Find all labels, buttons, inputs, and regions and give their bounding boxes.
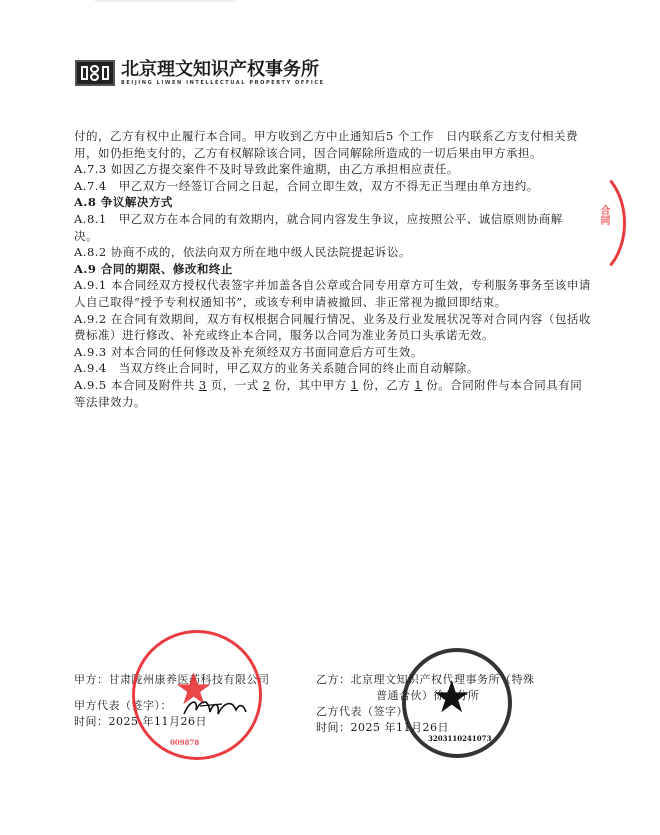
clause-a-8-2: A.8.2 协商不成的，依法向双方所在地中级人民法院提起诉讼。 — [74, 244, 594, 261]
clause-a-7-3: A.7.3 如因乙方提交案件不及时导致此案件逾期，由乙方承担相应责任。 — [74, 161, 594, 178]
clause-a-9-5: A.9.5 本合同及附件共3页，一式2份，其中甲方1份，乙方1份。合同附件与本合… — [74, 377, 594, 410]
clause-a-9-2: A.9.2 在合同有效期间，双方有权根据合同履行情况、业务及行业发展状况等对合同… — [74, 311, 594, 344]
party-b-seal-star-icon: ★ — [432, 676, 471, 720]
firm-name-cn: 北京理文知识产权事务所 — [121, 60, 325, 80]
section-a-9-heading: A.9 合同的期限、修改和终止 — [74, 261, 594, 278]
party-b-copy-count: 1 — [410, 378, 426, 392]
edge-seal-text: 合同 — [596, 205, 611, 225]
party-b-seal-number: 3203110241073 — [428, 734, 491, 743]
clause-a-8-1: A.8.1 甲乙双方在本合同的有效期内，就合同内容发生争议，应按照公平、诚信原则… — [74, 211, 594, 244]
clause-a-7-4: A.7.4 甲乙双方一经签订合同之日起，合同立即生效，双方不得无正当理由单方违约… — [74, 178, 594, 195]
contract-body: 付的，乙方有权中止履行本合同。甲方收到乙方中止通知后5 个工作 日内联系乙方支付… — [74, 128, 594, 410]
party-a-seal-number: 009878 — [170, 738, 199, 747]
section-a-8-heading: A.8 争议解决方式 — [74, 194, 594, 211]
firm-name-en: BEIJING LIWEN INTELLECTUAL PROPERTY OFFI… — [121, 80, 325, 86]
copy-count: 2 — [259, 378, 275, 392]
clause-continuation: 付的，乙方有权中止履行本合同。甲方收到乙方中止通知后5 个工作 日内联系乙方支付… — [74, 128, 594, 161]
firm-logo-icon — [75, 60, 115, 86]
party-a-copy-count: 1 — [347, 378, 363, 392]
page-count: 3 — [195, 378, 211, 392]
clause-a-9-4: A.9.4 当双方终止合同时，甲乙双方的业务关系随合同的终止而自动解除。 — [74, 360, 594, 377]
clause-a-9-1: A.9.1 本合同经双方授权代表签字并加盖各自公章或合同专用章方可生效，专利服务… — [74, 277, 594, 310]
page-edge-line — [95, 0, 235, 2]
party-a-signature-icon — [180, 692, 250, 722]
letterhead: 北京理文知识产权事务所 BEIJING LIWEN INTELLECTUAL P… — [75, 60, 325, 86]
clause-a-9-3: A.9.3 对本合同的任何修改及补充须经双方书面同意后方可生效。 — [74, 344, 594, 361]
